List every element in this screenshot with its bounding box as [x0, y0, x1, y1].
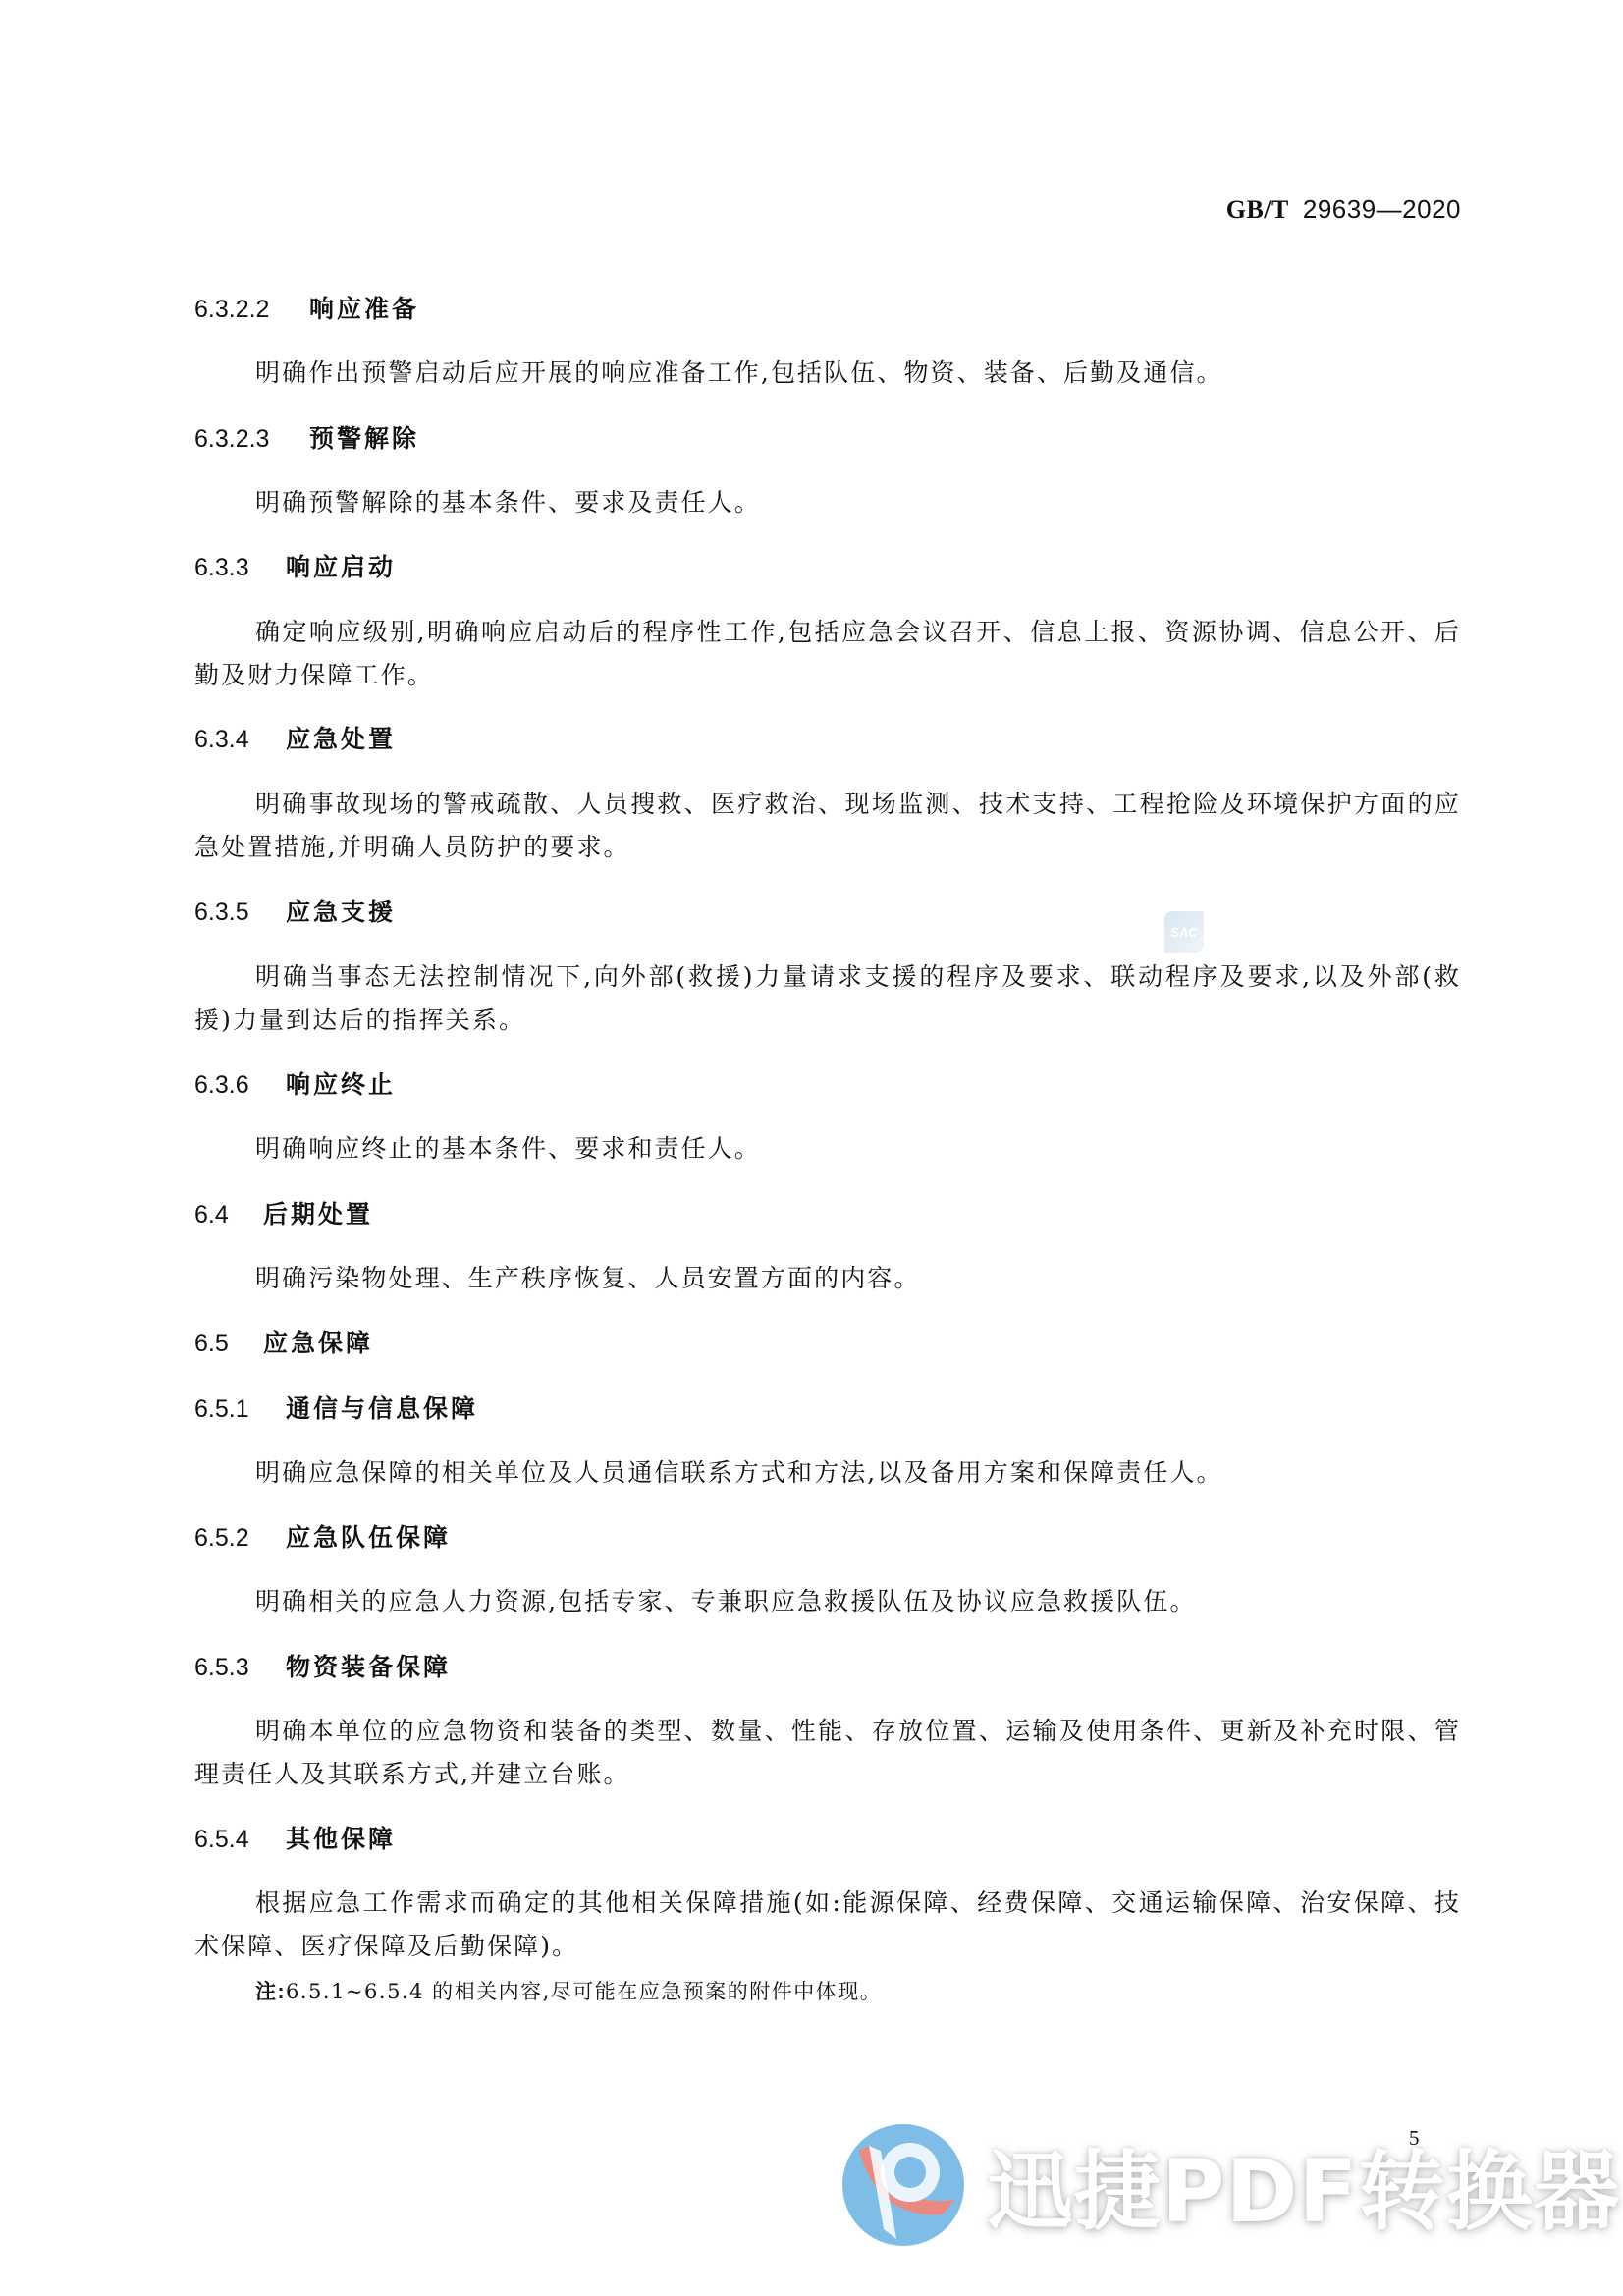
section-body: 明确相关的应急人力资源,包括专家、专兼职应急救援队伍及协议应急救援队伍。	[194, 1580, 1461, 1623]
section-title: 响应准备	[309, 296, 419, 323]
section-number: 6.5.1	[194, 1394, 286, 1424]
standard-prefix: GB/T	[1226, 195, 1289, 224]
section-heading: 6.5.1通信与信息保障	[194, 1394, 478, 1424]
section-body: 确定响应级别,明确响应启动后的程序性工作,包括应急会议召开、信息上报、资源协调、…	[194, 611, 1461, 697]
section-number: 6.3.2.3	[194, 424, 309, 454]
section-heading: 6.3.4应急处置	[194, 725, 396, 754]
section-number: 6.3.3	[194, 553, 286, 582]
converter-watermark: 迅捷PDF转换器	[839, 2121, 1621, 2249]
section-number: 6.3.2.2	[194, 295, 309, 324]
section-body: 明确事故现场的警戒疏散、人员搜救、医疗救治、现场监测、技术支持、工程抢险及环境保…	[194, 783, 1461, 869]
section-number: 6.5.2	[194, 1523, 286, 1553]
section-body: 根据应急工作需求而确定的其他相关保障措施(如:能源保障、经费保障、交通运输保障、…	[194, 1882, 1461, 1968]
section-number: 6.4	[194, 1200, 263, 1230]
note: 注:6.5.1~6.5.4 的相关内容,尽可能在应急预案的附件中体现。	[255, 1977, 882, 2007]
section-title: 应急队伍保障	[286, 1524, 451, 1552]
section-number: 6.3.4	[194, 725, 286, 754]
section-title: 通信与信息保障	[286, 1395, 478, 1423]
note-label: 注:	[255, 1981, 286, 2003]
section-number: 6.3.6	[194, 1070, 286, 1100]
note-text: 6.5.1~6.5.4 的相关内容,尽可能在应急预案的附件中体现。	[286, 1980, 882, 2003]
sac-stamp-icon: SAC	[1164, 911, 1204, 953]
standard-number: 29639—2020	[1303, 194, 1461, 224]
section-heading: 6.3.2.2响应准备	[194, 295, 419, 324]
section-heading: 6.5.3物资装备保障	[194, 1653, 451, 1682]
watermark-text: 迅捷PDF转换器	[987, 2123, 1621, 2247]
section-heading: 6.5.2应急队伍保障	[194, 1523, 451, 1553]
section-number: 6.5	[194, 1329, 263, 1358]
section-body: 明确污染物处理、生产秩序恢复、人员安置方面的内容。	[194, 1257, 1461, 1300]
section-number: 6.5.3	[194, 1653, 286, 1682]
standard-code: GB/T29639—2020	[1226, 194, 1461, 225]
section-title: 物资装备保障	[286, 1654, 451, 1681]
section-title: 应急保障	[263, 1330, 373, 1357]
section-title: 其他保障	[286, 1826, 396, 1853]
section-body: 明确预警解除的基本条件、要求及责任人。	[194, 481, 1461, 524]
section-title: 应急处置	[286, 726, 396, 753]
section-title: 应急支援	[286, 899, 396, 926]
section-title: 响应终止	[286, 1071, 396, 1099]
section-body: 明确作出预警启动后应开展的响应准备工作,包括队伍、物资、装备、后勤及通信。	[194, 352, 1461, 395]
section-heading: 6.5应急保障	[194, 1329, 373, 1358]
section-heading: 6.3.3响应启动	[194, 553, 396, 582]
section-number: 6.3.5	[194, 898, 286, 927]
section-number: 6.5.4	[194, 1825, 286, 1854]
section-heading: 6.3.5应急支援	[194, 898, 396, 927]
section-body: 明确响应终止的基本条件、要求和责任人。	[194, 1127, 1461, 1171]
section-heading: 6.4后期处置	[194, 1200, 373, 1230]
section-title: 后期处置	[263, 1201, 373, 1229]
section-body: 明确本单位的应急物资和装备的类型、数量、性能、存放位置、运输及使用条件、更新及补…	[194, 1710, 1461, 1796]
section-body: 明确当事态无法控制情况下,向外部(救援)力量请求支援的程序及要求、联动程序及要求…	[194, 956, 1461, 1042]
section-heading: 6.3.2.3预警解除	[194, 424, 419, 454]
section-title: 预警解除	[309, 425, 419, 453]
section-heading: 6.5.4其他保障	[194, 1825, 396, 1854]
section-body: 明确应急保障的相关单位及人员通信联系方式和方法,以及备用方案和保障责任人。	[194, 1451, 1461, 1495]
section-heading: 6.3.6响应终止	[194, 1070, 396, 1100]
section-title: 响应启动	[286, 554, 396, 581]
converter-logo-icon	[839, 2121, 967, 2249]
